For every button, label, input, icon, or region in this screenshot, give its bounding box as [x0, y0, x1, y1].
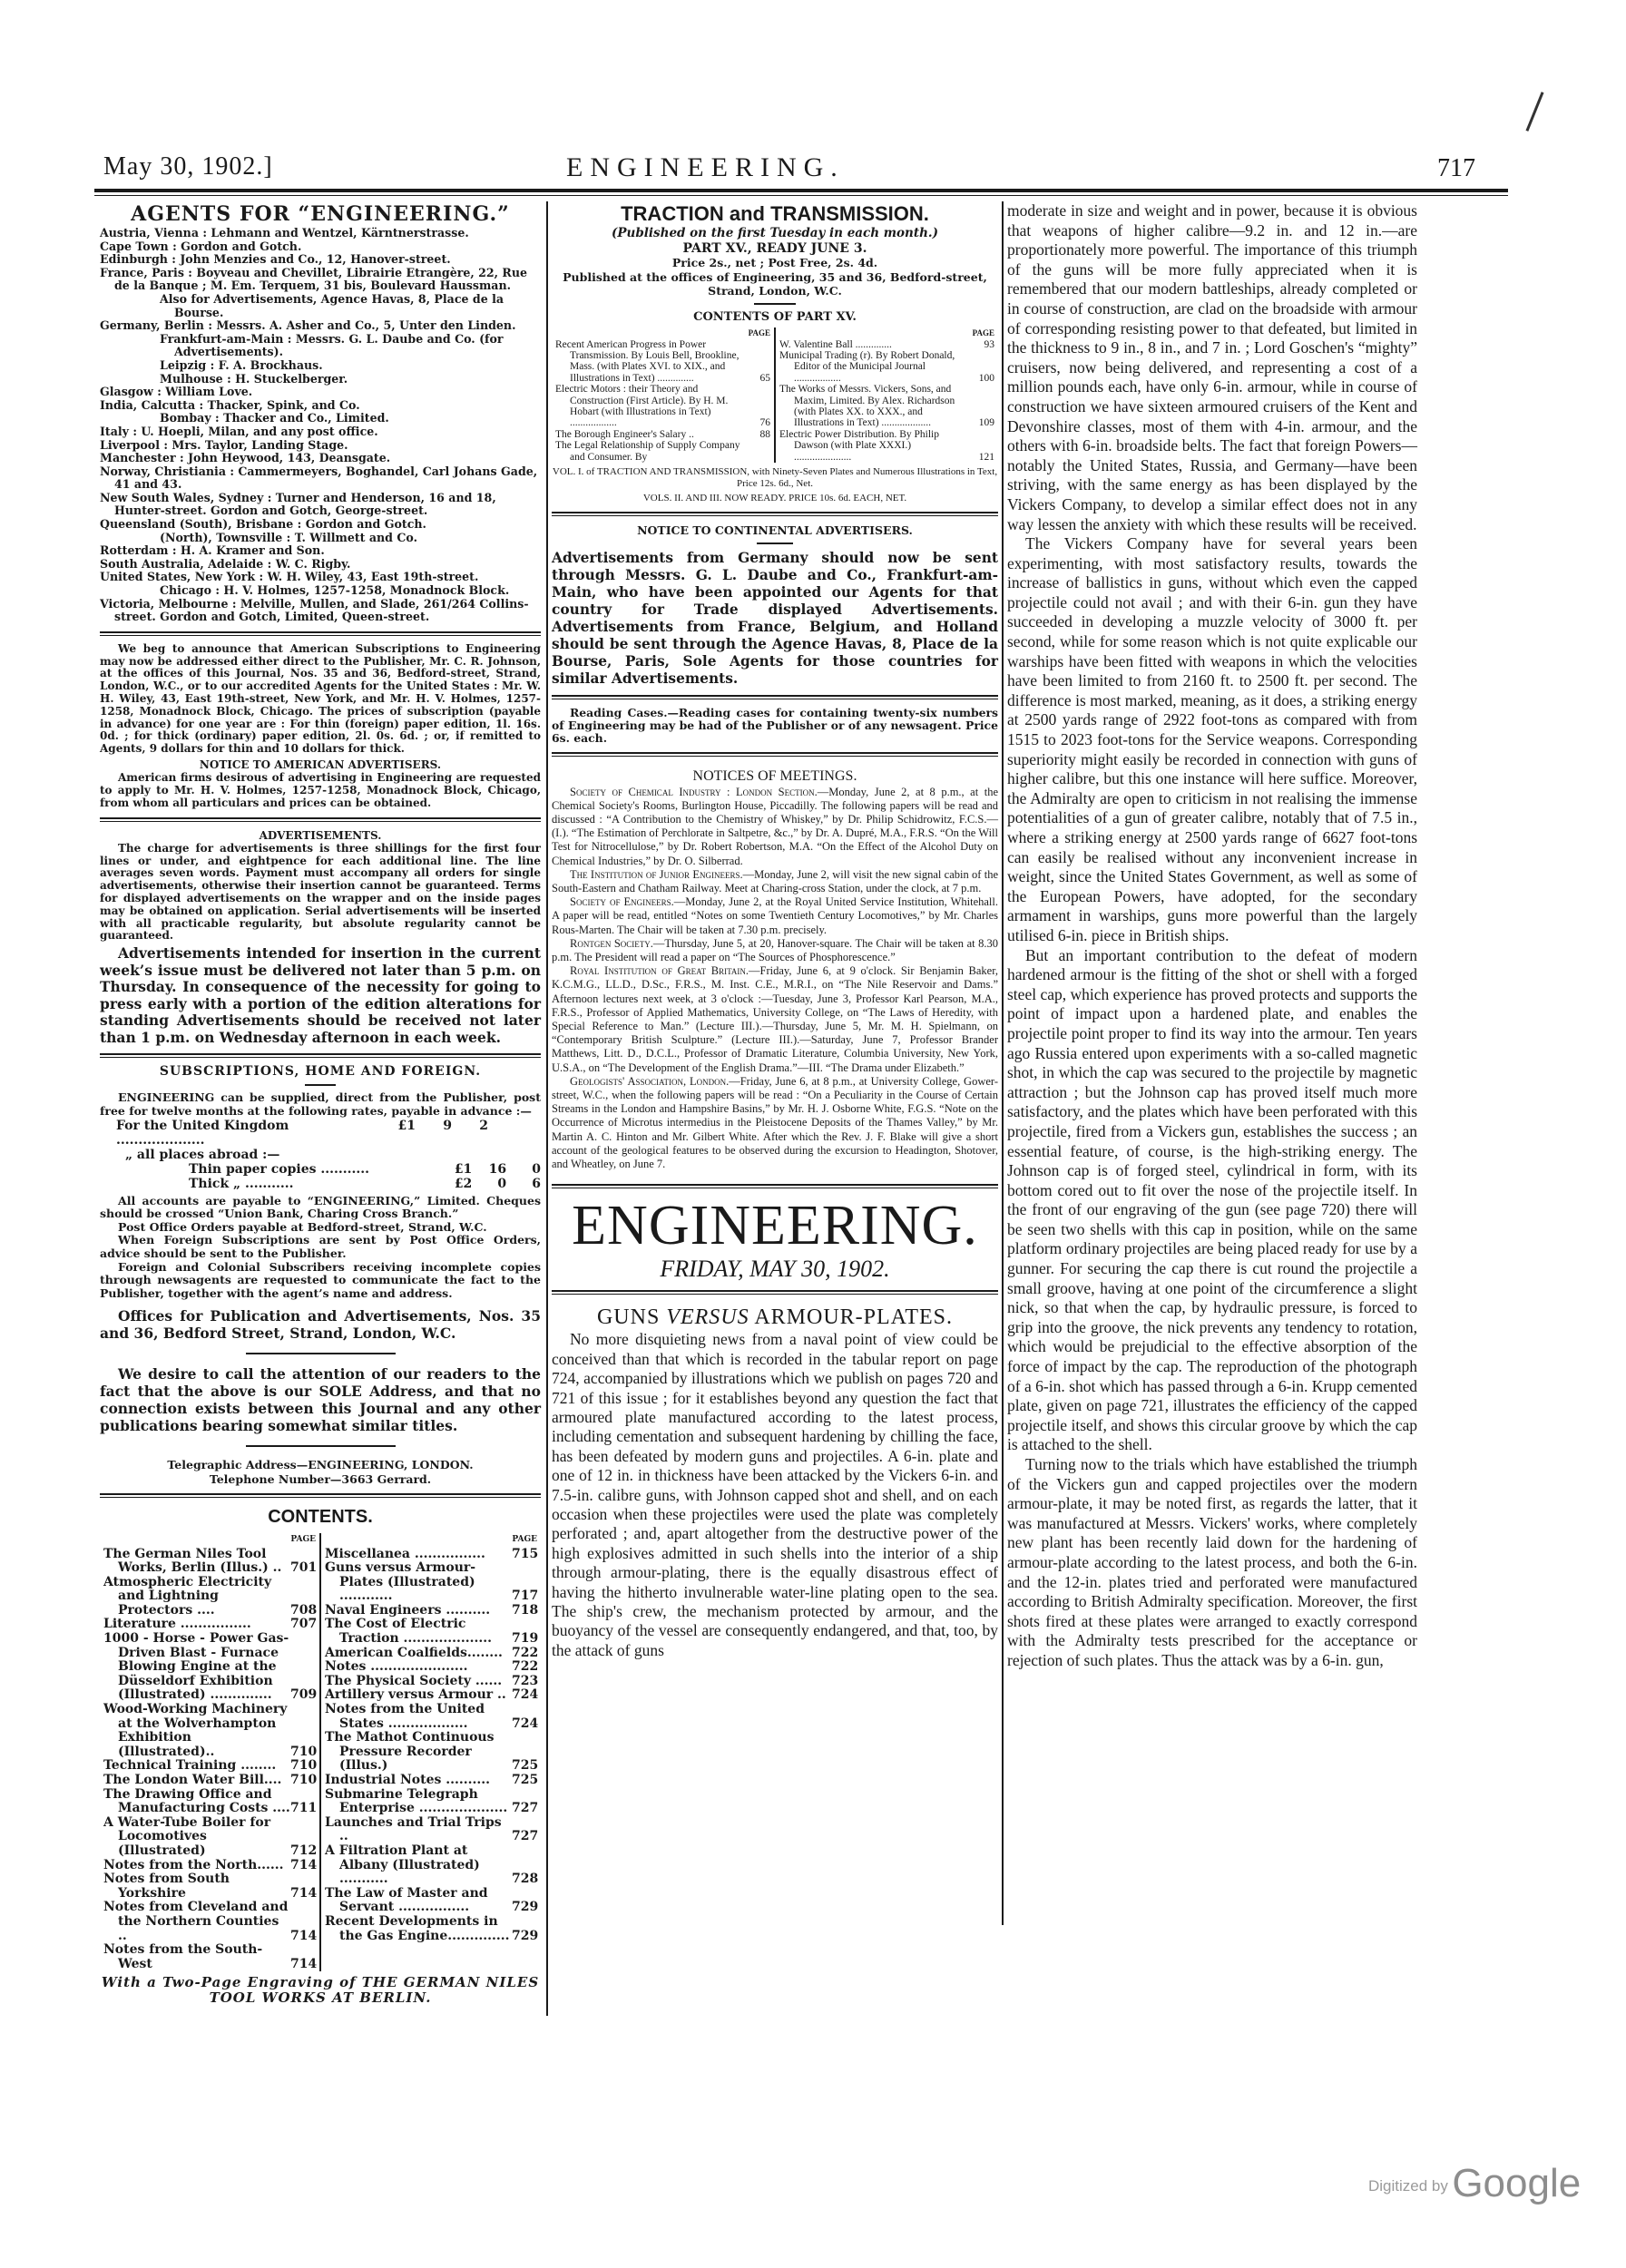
- subscriptions-heading: SUBSCRIPTIONS, HOME AND FOREIGN.: [100, 1065, 541, 1079]
- agent-entry: Leipzig : F. A. Brockhaus.: [100, 359, 541, 373]
- toc-entry: Notes from the South-West714: [103, 1943, 316, 1971]
- toc-entry: Electric Power Distribution. By Philip D…: [779, 429, 994, 463]
- toc-entry-page: 729: [512, 1930, 537, 1944]
- toc-entry-title: Naval Engineers ..........: [325, 1604, 512, 1618]
- rate-pounds: £1: [379, 1119, 416, 1148]
- rate-label: Thick „ ...........: [116, 1177, 437, 1191]
- toc-entry-title: Guns versus Armour-Plates (Illustrated) …: [325, 1561, 512, 1604]
- masthead: May 30, 1902.] ENGINEERING. 717: [94, 136, 1505, 183]
- rate-shillings: 16: [472, 1162, 506, 1177]
- agents-list: Austria, Vienna : Lehmann and Wentzel, K…: [100, 227, 541, 624]
- toc-entry-title: Literature ................: [103, 1618, 290, 1632]
- toc-entry-title: Industrial Notes ..........: [325, 1774, 512, 1788]
- continental-body: Advertisements from Germany should now b…: [552, 550, 998, 688]
- watermark-prefix: Digitized by: [1368, 2177, 1448, 2195]
- toc-entry-page: 717: [512, 1589, 537, 1604]
- agent-entry: New South Wales, Sydney : Turner and Hen…: [100, 492, 541, 518]
- traction-left-column: PAGE Recent American Progress in Power T…: [552, 327, 774, 463]
- toc-entry-page: 724: [512, 1717, 537, 1732]
- column-divider: [1002, 201, 1004, 1925]
- agent-entry: Liverpool : Mrs. Taylor, Landing Stage.: [100, 439, 541, 453]
- article-paragraph: moderate in size and weight and in power…: [1007, 201, 1417, 534]
- agent-entry: Manchester : John Heywood, 143, Deansgat…: [100, 452, 541, 465]
- toc-entry: The Borough Engineer's Salary ..88: [555, 429, 770, 440]
- toc-entry: Technical Training ........710: [103, 1759, 316, 1774]
- issue-date: FRIDAY, MAY 30, 1902.: [552, 1256, 998, 1283]
- page-column-label: PAGE: [779, 327, 994, 338]
- rate-pence: 6: [506, 1177, 541, 1191]
- meetings-heading: NOTICES OF MEETINGS.: [552, 769, 998, 783]
- header-rule-thin: [94, 195, 1508, 196]
- agent-entry: South Australia, Adelaide : W. C. Rigby.: [100, 558, 541, 572]
- agent-entry: United States, New York : W. H. Wiley, 4…: [100, 571, 541, 584]
- traction-published: (Published on the first Tuesday in each …: [552, 227, 998, 240]
- toc-entry-title: Wood-Working Machinery at the Wolverhamp…: [103, 1703, 290, 1759]
- section-rule: [552, 695, 998, 699]
- digitized-watermark: Digitized by Google: [1368, 2161, 1581, 2206]
- rate-shillings: 0: [472, 1177, 506, 1191]
- page-column-label: PAGE: [555, 327, 770, 338]
- toc-entry-page: 724: [512, 1688, 537, 1703]
- toc-entry-page: 718: [512, 1604, 537, 1618]
- toc-entry-title: The Physical Society ......: [325, 1675, 512, 1689]
- agent-entry: (North), Townsville : T. Willmett and Co…: [100, 532, 541, 545]
- rate-label: „ all places abroad :—: [116, 1148, 388, 1162]
- section-rule: [552, 752, 998, 757]
- toc-entry: The German Niles Tool Works, Berlin (Ill…: [103, 1548, 316, 1576]
- traction-right-column: PAGE W. Valentine Ball ..............93M…: [774, 327, 998, 463]
- rate-pence: 0: [506, 1162, 541, 1177]
- toc-entry-title: Notes from South Yorkshire: [103, 1872, 290, 1901]
- toc-entry-page: 76: [745, 417, 770, 428]
- telegraphic-address: Telegraphic Address—ENGINEERING, LONDON.: [100, 1458, 541, 1471]
- agent-entry: Norway, Christiania : Cammermeyers, Bogh…: [100, 465, 541, 492]
- section-rule: [100, 1053, 541, 1058]
- toc-entry-page: 711: [290, 1802, 316, 1816]
- continental-heading: NOTICE TO CONTINENTAL ADVERTISERS.: [552, 523, 998, 537]
- toc-entry-title: American Coalfields........: [325, 1647, 512, 1661]
- article-heading: GUNS VERSUS ARMOUR-PLATES.: [552, 1311, 998, 1325]
- agent-entry: Edinburgh : John Menzies and Co., 12, Ha…: [100, 253, 541, 267]
- meeting-society: Society of Engineers.: [570, 895, 674, 908]
- toc-entry-page: 100: [969, 373, 994, 384]
- toc-entry-page: 714: [290, 1887, 316, 1901]
- column-middle: TRACTION and TRANSMISSION. (Published on…: [552, 201, 998, 1660]
- toc-entry-title: 1000 - Horse - Power Gas-Driven Blast - …: [103, 1632, 290, 1703]
- toc-entry-page: 88: [745, 429, 770, 440]
- toc-entry: American Coalfields........722: [325, 1647, 537, 1661]
- toc-entry-page: 710: [290, 1759, 316, 1774]
- agent-entry: Rotterdam : H. A. Kramer and Son.: [100, 544, 541, 558]
- agent-entry: Cape Town : Gordon and Gotch.: [100, 240, 541, 254]
- toc-entry: The Cost of Electric Traction ..........…: [325, 1618, 537, 1646]
- article-continuation: moderate in size and weight and in power…: [1007, 201, 1417, 1671]
- advertisements-body: The charge for advertisements is three s…: [100, 843, 541, 943]
- toc-entry-title: The Drawing Office and Manufacturing Cos…: [103, 1788, 290, 1816]
- agent-entry: Italy : U. Hoepli, Milan, and any post o…: [100, 425, 541, 439]
- google-logo: Google: [1452, 2161, 1581, 2205]
- toc-entry-title: The Mathot Continuous Pressure Recorder …: [325, 1731, 512, 1774]
- column-divider: [546, 201, 548, 2016]
- meeting-notice: Geologists' Association, London.—Friday,…: [552, 1075, 998, 1171]
- toc-entry-page: 65: [745, 373, 770, 384]
- contents-table: PAGE The German Niles Tool Works, Berlin…: [100, 1533, 541, 1971]
- toc-entry-page: 729: [512, 1901, 537, 1915]
- toc-entry-page: 722: [512, 1660, 537, 1675]
- header-rule: [94, 189, 1508, 192]
- toc-entry-page: 719: [512, 1632, 537, 1647]
- engraving-note: With a Two-Page Engraving of THE GERMAN …: [100, 1975, 541, 2006]
- toc-entry: Submarine Telegraph Enterprise .........…: [325, 1788, 537, 1816]
- toc-entry: W. Valentine Ball ..............93: [779, 339, 994, 350]
- sole-address-notice: We desire to call the attention of our r…: [100, 1365, 541, 1434]
- section-rule: [552, 512, 998, 516]
- toc-entry: The Drawing Office and Manufacturing Cos…: [103, 1788, 316, 1816]
- toc-entry-title: Artillery versus Armour ..: [325, 1688, 512, 1703]
- short-rule: [757, 543, 793, 544]
- toc-entry: Literature ................707: [103, 1618, 316, 1632]
- toc-entry-title: Miscellanea ................: [325, 1548, 512, 1562]
- toc-entry-page: 714: [290, 1859, 316, 1873]
- rate-pounds: [388, 1148, 425, 1162]
- traction-offices: Published at the offices of Engineering,…: [552, 270, 998, 298]
- rate-pence: 2: [452, 1119, 488, 1148]
- agent-entry: India, Calcutta : Thacker, Spink, and Co…: [100, 399, 541, 413]
- agent-entry: Glasgow : William Love.: [100, 386, 541, 399]
- traction-price: Price 2s., net ; Post Free, 2s. 4d.: [552, 256, 998, 269]
- agent-entry: Victoria, Melbourne : Melville, Mullen, …: [100, 598, 541, 624]
- short-rule: [754, 303, 796, 305]
- meeting-notice: Society of Chemical Industry : London Se…: [552, 786, 998, 868]
- rate-row: Thick „ ...........£206: [116, 1177, 541, 1191]
- meeting-society: Society of Chemical Industry : London Se…: [570, 786, 818, 798]
- toc-entry: 1000 - Horse - Power Gas-Driven Blast - …: [103, 1632, 316, 1703]
- issue-title: ENGINEERING.: [552, 1196, 998, 1256]
- toc-entry-title: The Cost of Electric Traction ..........…: [325, 1618, 512, 1646]
- article-paragraph: But an important contribution to the def…: [1007, 946, 1417, 1455]
- toc-entry-page: 93: [969, 339, 994, 350]
- toc-entry-title: Electric Motors : their Theory and Const…: [555, 384, 745, 429]
- section-rule: [100, 631, 541, 636]
- agent-entry: France, Paris : Boyveau and Chevillet, L…: [100, 267, 541, 293]
- advertisements-heading: ADVERTISEMENTS.: [100, 829, 541, 843]
- toc-entry: Miscellanea ................715: [325, 1548, 537, 1562]
- toc-entry-title: Recent American Progress in Power Transm…: [555, 339, 745, 385]
- contents-left-column: PAGE The German Niles Tool Works, Berlin…: [100, 1533, 319, 1971]
- toc-entry-title: The London Water Bill....: [103, 1774, 290, 1788]
- article-heading-word: GUNS: [597, 1305, 660, 1329]
- toc-entry-title: The Borough Engineer's Salary ..: [555, 429, 745, 440]
- journal-title-header: ENGINEERING.: [566, 152, 845, 183]
- article-paragraph: The Vickers Company have for several yea…: [1007, 534, 1417, 945]
- toc-entry: The Works of Messrs. Vickers, Sons, and …: [779, 384, 994, 429]
- toc-entry-title: Submarine Telegraph Enterprise .........…: [325, 1788, 512, 1816]
- toc-entry-page: 707: [290, 1618, 316, 1632]
- article-heading-word: ARMOUR-PLATES.: [754, 1305, 953, 1329]
- page-number: 717: [1437, 154, 1475, 183]
- toc-entry-page: 714: [290, 1930, 316, 1944]
- toc-entry-page: 701: [290, 1561, 316, 1576]
- toc-entry-page: 723: [512, 1675, 537, 1689]
- short-rule: [246, 1353, 396, 1354]
- toc-entry-page: 121: [969, 452, 994, 463]
- toc-entry: Municipal Trading (r). By Robert Donald,…: [779, 350, 994, 384]
- toc-entry-page: 725: [512, 1774, 537, 1788]
- short-rule: [305, 1084, 336, 1086]
- toc-entry: A Filtration Plant at Albany (Illustrate…: [325, 1844, 537, 1887]
- toc-entry: The Mathot Continuous Pressure Recorder …: [325, 1731, 537, 1774]
- agent-entry: Bombay : Thacker and Co., Limited.: [100, 412, 541, 425]
- toc-entry: Guns versus Armour-Plates (Illustrated) …: [325, 1561, 537, 1604]
- traction-vols23: VOLS. II. AND III. NOW READY. PRICE 10s.…: [552, 493, 998, 504]
- rate-shillings: 9: [416, 1119, 452, 1148]
- toc-entry-page: 708: [290, 1604, 316, 1618]
- agent-entry: Also for Advertisements, Agence Havas, 8…: [100, 293, 541, 319]
- toc-entry-title: Launches and Trial Trips ..: [325, 1816, 512, 1844]
- rate-pence: [461, 1148, 497, 1162]
- toc-entry: Wood-Working Machinery at the Wolverhamp…: [103, 1703, 316, 1759]
- traction-contents-table: PAGE Recent American Progress in Power T…: [552, 327, 998, 463]
- toc-entry-page: 728: [512, 1872, 537, 1887]
- column-left: AGENTS FOR “ENGINEERING.” Austria, Vienn…: [100, 201, 541, 2006]
- agent-entry: Germany, Berlin : Messrs. A. Asher and C…: [100, 319, 541, 333]
- toc-entry-page: 725: [512, 1759, 537, 1774]
- advertisements-deadline: Advertisements intended for insertion in…: [100, 945, 541, 1046]
- contents-heading: CONTENTS.: [100, 1510, 541, 1524]
- meeting-notice: Royal Institution of Great Britain.—Frid…: [552, 964, 998, 1075]
- toc-entry-title: Recent Developments in the Gas Engine...…: [325, 1915, 512, 1943]
- meeting-society: The Institution of Junior Engineers.: [570, 868, 743, 881]
- toc-entry-title: A Filtration Plant at Albany (Illustrate…: [325, 1844, 512, 1887]
- article-paragraph: No more disquieting news from a naval po…: [552, 1330, 998, 1660]
- traction-part: PART XV., READY JUNE 3.: [552, 242, 998, 256]
- article-heading-versus: VERSUS: [666, 1305, 749, 1329]
- toc-entry: The London Water Bill....710: [103, 1774, 316, 1788]
- toc-entry-title: Electric Power Distribution. By Philip D…: [779, 429, 969, 463]
- toc-entry-page: 715: [512, 1548, 537, 1562]
- toc-entry-title: The Law of Master and Servant ..........…: [325, 1887, 512, 1915]
- toc-entry: Notes from South Yorkshire714: [103, 1872, 316, 1901]
- reading-cases-notice: Reading Cases.—Reading cases for contain…: [552, 707, 998, 745]
- traction-heading: TRACTION and TRANSMISSION.: [552, 201, 998, 227]
- toc-entry: Recent American Progress in Power Transm…: [555, 339, 770, 385]
- agent-entry: Austria, Vienna : Lehmann and Wentzel, K…: [100, 227, 541, 240]
- rate-shillings: [425, 1148, 461, 1162]
- rate-row: „ all places abroad :—: [116, 1148, 541, 1162]
- toc-entry-title: Atmospheric Electricity and Lightning Pr…: [103, 1576, 290, 1618]
- rate-pounds: £1: [437, 1162, 472, 1177]
- american-subscriptions-notice: We beg to announce that American Subscri…: [100, 643, 541, 756]
- toc-entry-title: Notes from the North......: [103, 1859, 290, 1873]
- toc-entry: Recent Developments in the Gas Engine...…: [325, 1915, 537, 1943]
- short-rule: [246, 1445, 396, 1447]
- toc-entry-title: The German Niles Tool Works, Berlin (Ill…: [103, 1548, 290, 1576]
- toc-entry: Notes from the United States ...........…: [325, 1703, 537, 1731]
- toc-entry: Atmospheric Electricity and Lightning Pr…: [103, 1576, 316, 1618]
- toc-entry-title: Notes from Cleveland and the Northern Co…: [103, 1901, 290, 1943]
- toc-entry: Artillery versus Armour ..724: [325, 1688, 537, 1703]
- accounts-notice: All accounts are payable to “ENGINEERING…: [100, 1195, 541, 1221]
- agent-entry: Queensland (South), Brisbane : Gordon an…: [100, 518, 541, 532]
- toc-entry: Notes ......................722: [325, 1660, 537, 1675]
- agent-entry: Chicago : H. V. Holmes, 1257-1258, Monad…: [100, 584, 541, 598]
- section-rule: [100, 1493, 541, 1498]
- toc-entry: The Law of Master and Servant ..........…: [325, 1887, 537, 1915]
- toc-entry-page: 710: [290, 1745, 316, 1760]
- meeting-society: Rontgen Society.: [570, 937, 653, 950]
- meeting-society: Royal Institution of Great Britain.: [570, 964, 749, 977]
- american-advertisers-heading: NOTICE TO AMERICAN ADVERTISERS.: [100, 758, 541, 772]
- toc-entry-title: Notes from the South-West: [103, 1943, 290, 1971]
- rate-label: Thin paper copies ...........: [116, 1162, 437, 1177]
- page-column-label: PAGE: [325, 1533, 537, 1548]
- toc-entry: The Physical Society ......723: [325, 1675, 537, 1689]
- toc-entry: The Legal Relationship of Supply Company…: [555, 440, 770, 463]
- issue-date-header: May 30, 1902.]: [103, 152, 273, 181]
- traction-contents-heading: CONTENTS OF PART XV.: [552, 310, 998, 324]
- agents-heading: AGENTS FOR “ENGINEERING.”: [100, 201, 541, 227]
- toc-entry-title: The Legal Relationship of Supply Company…: [555, 440, 745, 463]
- toc-entry: A Water-Tube Boiler for Locomotives (Ill…: [103, 1816, 316, 1859]
- toc-entry: Electric Motors : their Theory and Const…: [555, 384, 770, 429]
- rate-label: For the United Kingdom .................…: [116, 1119, 379, 1148]
- toc-entry-page: 722: [512, 1647, 537, 1661]
- toc-entry: Industrial Notes ..........725: [325, 1774, 537, 1788]
- rate-row: Thin paper copies ...........£1160: [116, 1162, 541, 1177]
- rate-row: For the United Kingdom .................…: [116, 1119, 541, 1148]
- toc-entry: Launches and Trial Trips ..727: [325, 1816, 537, 1844]
- toc-entry: Notes from Cleveland and the Northern Co…: [103, 1901, 316, 1943]
- toc-entry-page: 714: [290, 1958, 316, 1972]
- agent-entry: Mulhouse : H. Stuckelberger.: [100, 373, 541, 386]
- toc-entry-title: Notes from the United States ...........…: [325, 1703, 512, 1731]
- toc-entry-title: The Works of Messrs. Vickers, Sons, and …: [779, 384, 969, 429]
- section-rule: [552, 1184, 998, 1188]
- toc-entry-title: Notes ......................: [325, 1660, 512, 1675]
- traction-vol1: VOL. I. of TRACTION AND TRANSMISSION, wi…: [552, 466, 998, 490]
- meeting-notice: Society of Engineers.—Monday, June 2, at…: [552, 895, 998, 937]
- toc-entry-page: 709: [290, 1688, 316, 1703]
- column-right: moderate in size and weight and in power…: [1007, 201, 1417, 1671]
- offices-notice: Offices for Publication and Advertisemen…: [100, 1307, 541, 1342]
- toc-entry-page: 109: [969, 417, 994, 428]
- contents-right-column: PAGE Miscellanea ................715Guns…: [319, 1533, 541, 1971]
- meeting-society: Geologists' Association, London.: [570, 1075, 729, 1088]
- subscriptions-intro: ENGINEERING can be supplied, direct from…: [100, 1091, 541, 1118]
- foreign-po-notice: When Foreign Subscriptions are sent by P…: [100, 1234, 541, 1260]
- toc-entry-page: 710: [290, 1774, 316, 1788]
- american-advertisers-body: American firms desirous of advertising i…: [100, 772, 541, 809]
- article-paragraph: Turning now to the trials which have est…: [1007, 1455, 1417, 1671]
- meeting-notice: The Institution of Junior Engineers.—Mon…: [552, 868, 998, 895]
- colonial-notice: Foreign and Colonial Subscribers receivi…: [100, 1261, 541, 1301]
- agent-entry: Frankfurt-am-Main : Messrs. G. L. Daube …: [100, 333, 541, 359]
- subscription-rates-table: For the United Kingdom .................…: [116, 1119, 541, 1191]
- toc-entry-page: 712: [290, 1844, 316, 1859]
- toc-entry-title: Technical Training ........: [103, 1759, 290, 1774]
- toc-entry: Naval Engineers ..........718: [325, 1604, 537, 1618]
- rate-pounds: £2: [437, 1177, 472, 1191]
- meetings-list: Society of Chemical Industry : London Se…: [552, 786, 998, 1172]
- toc-entry-page: 727: [512, 1802, 537, 1816]
- toc-entry-title: Municipal Trading (r). By Robert Donald,…: [779, 350, 969, 384]
- page-column-label: PAGE: [103, 1533, 316, 1548]
- post-office-notice: Post Office Orders payable at Bedford-st…: [100, 1221, 541, 1235]
- toc-entry-title: A Water-Tube Boiler for Locomotives (Ill…: [103, 1816, 290, 1859]
- section-rule: [552, 1290, 998, 1295]
- toc-entry-title: W. Valentine Ball ..............: [779, 339, 969, 350]
- meeting-notice: Rontgen Society.—Thursday, June 5, at 20…: [552, 937, 998, 964]
- pencil-mark: [1525, 92, 1543, 132]
- section-rule: [100, 817, 541, 822]
- toc-entry-page: 727: [512, 1830, 537, 1844]
- toc-entry: Notes from the North......714: [103, 1859, 316, 1873]
- telephone-number: Telephone Number—3663 Gerrard.: [100, 1472, 541, 1486]
